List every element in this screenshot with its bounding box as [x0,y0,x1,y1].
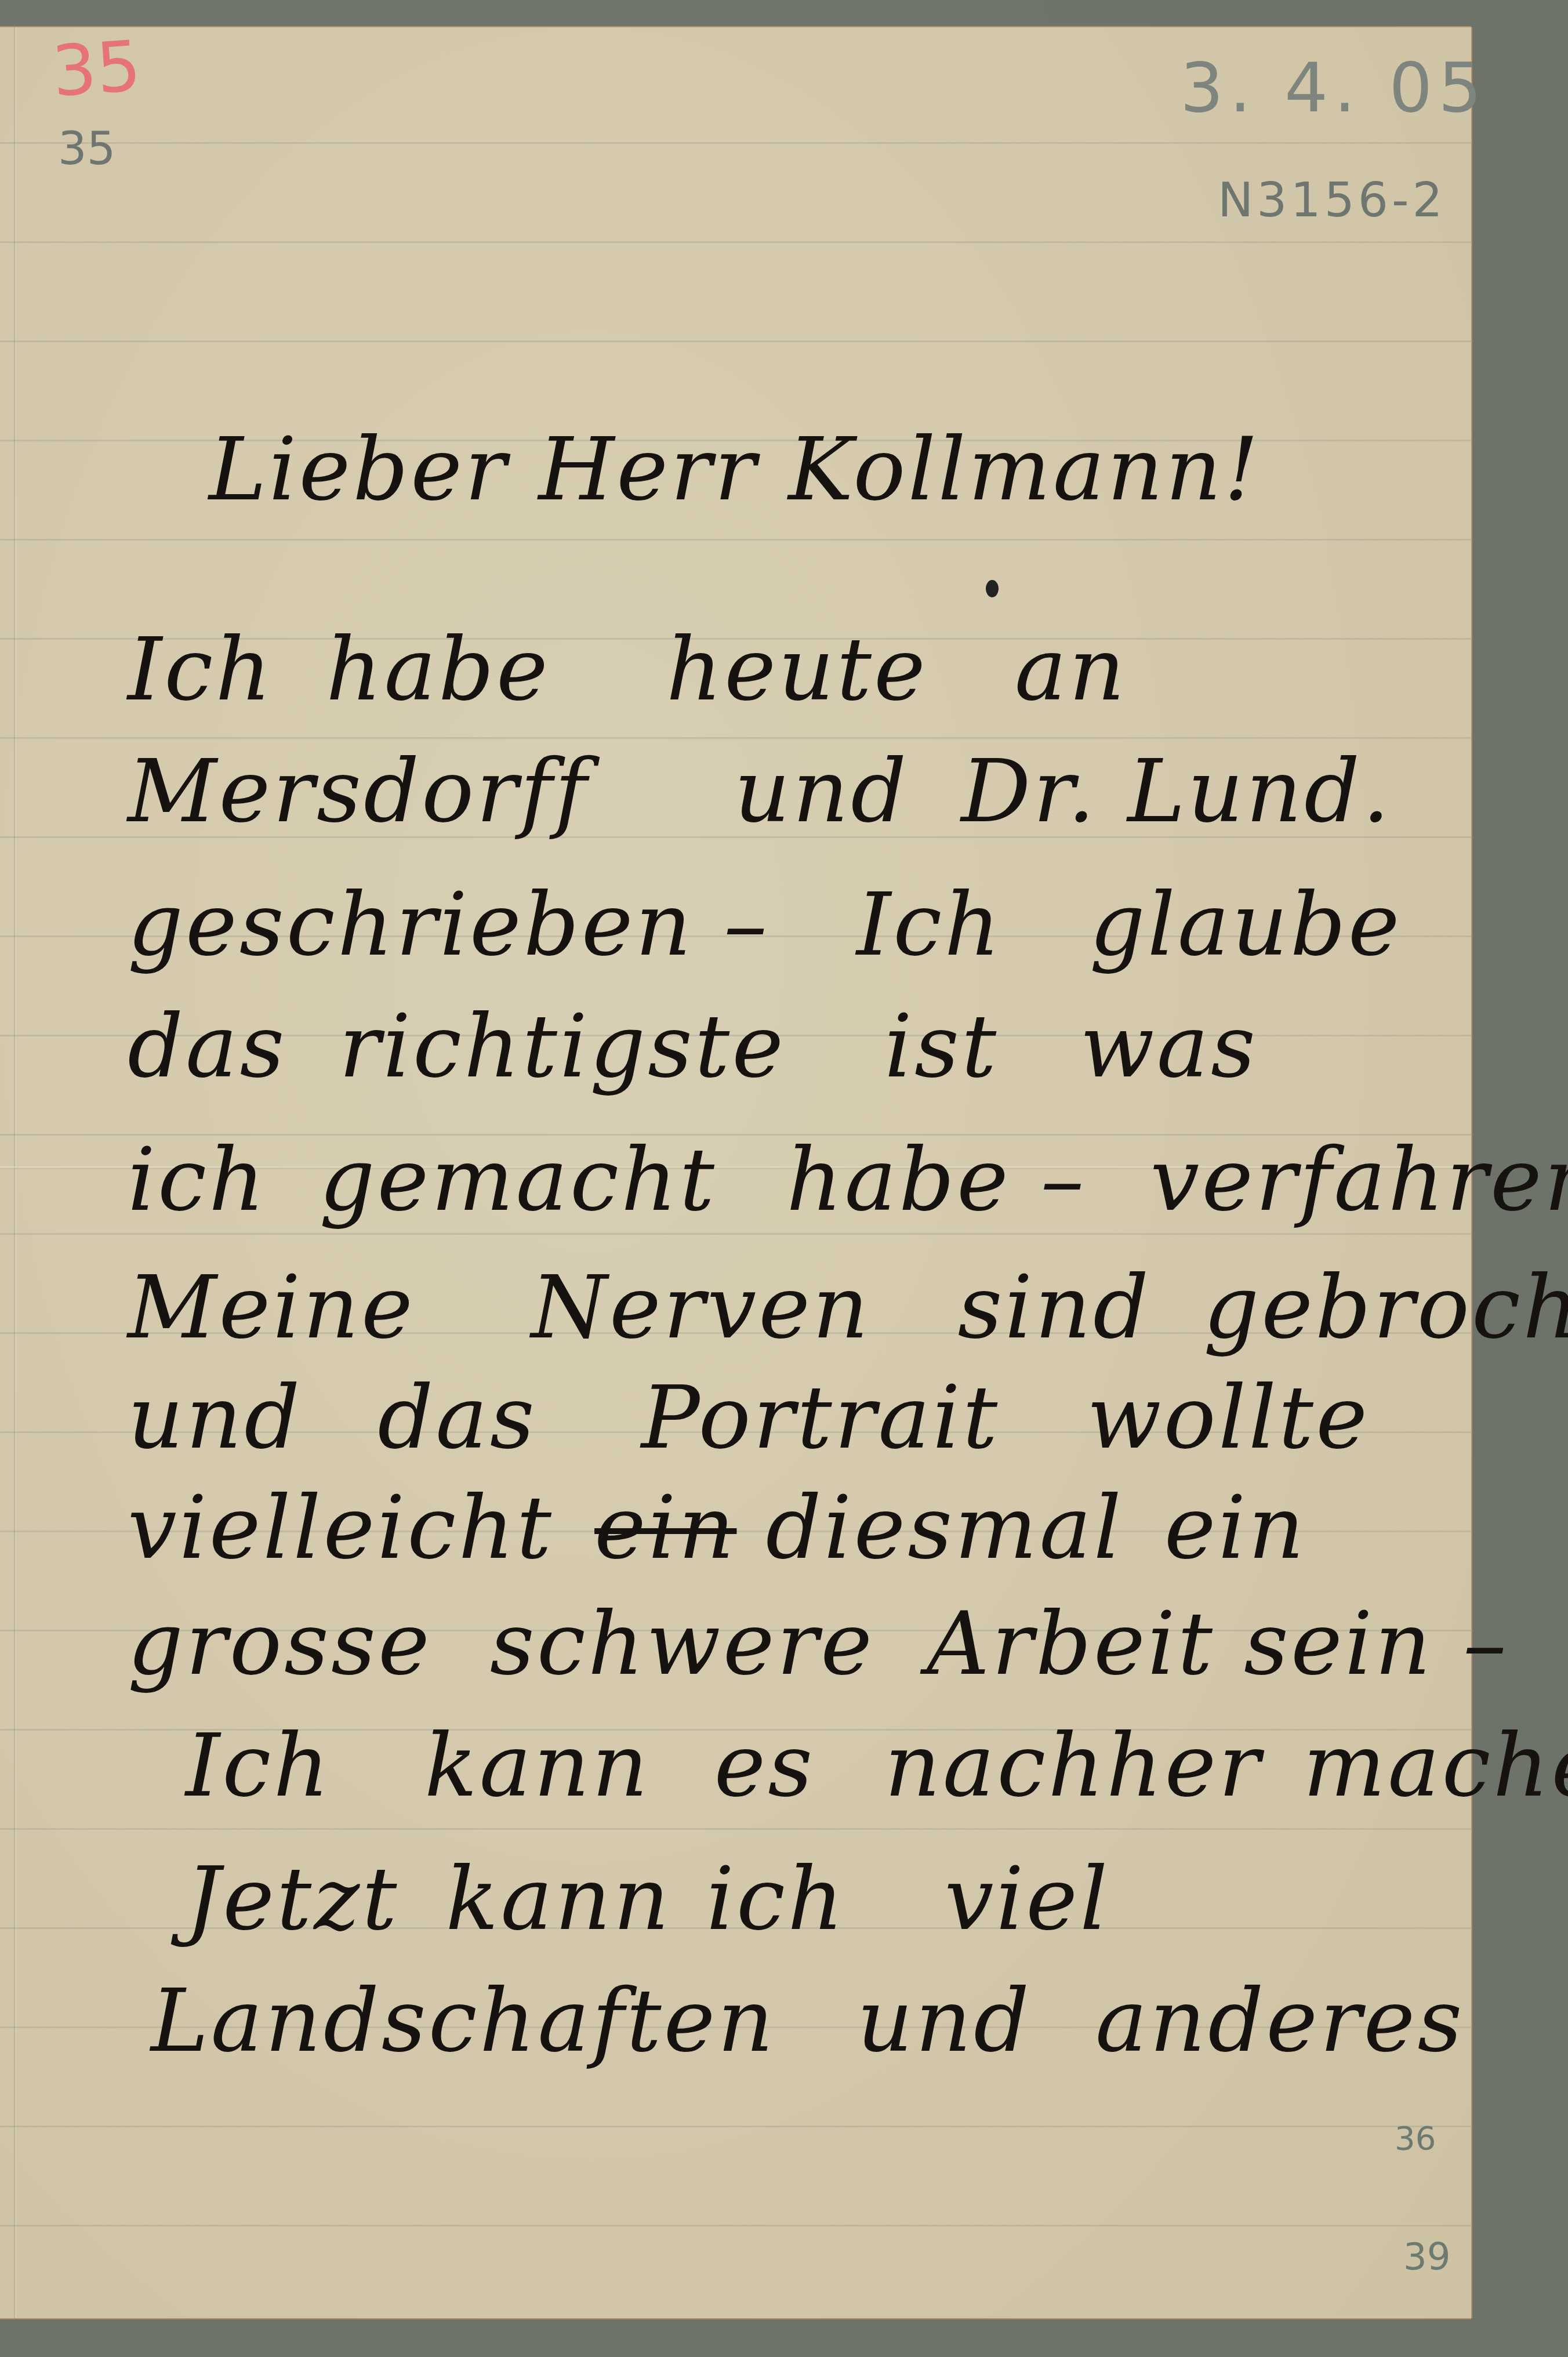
ruled-line [0,2126,1471,2127]
letter-line: Ichkannesnachhermachen [186,1723,1568,1810]
letter-word: Ich [856,882,1003,969]
letter-line: unddasPortraitwollte [128,1375,1422,1462]
ruled-line [0,1233,1471,1235]
letter-word: heute [666,626,928,713]
letter-word: Nerven [531,1264,871,1351]
letter-word: geschrieben – [128,882,770,969]
letter-word: Dr. Lund. [961,748,1392,835]
letter-word: und [734,748,909,835]
letter-word: an [1015,626,1127,713]
letter-word: richtigste [339,1003,786,1090]
ruled-line [0,241,1471,243]
vertical-fold-line [14,27,16,2318]
letter-word: vielleicht [128,1485,554,1572]
letter-word: das [128,1003,286,1090]
letter-word: kann [446,1856,672,1943]
letter-line: Ichhabeheutean [128,626,1179,713]
letter-word: sind [958,1264,1152,1351]
letter-word: nachher [884,1723,1262,1810]
ruled-line [0,737,1471,739]
letter-word: gemacht [320,1137,717,1224]
letter-word: glaube [1090,882,1402,969]
letter-word: sein – [1244,1601,1509,1688]
letter-word: es [714,1723,815,1810]
letter-greeting: Lieber Herr Kollmann! [209,426,1261,513]
letter-word: diesmal [765,1485,1123,1572]
catalog-number: N3156-2 [1218,177,1446,224]
letter-line: ichgemachthabe –verfahren – [128,1137,1568,1224]
letter-word: Meine [128,1264,415,1351]
folio-number-lower: 36 [1395,2123,1436,2155]
letter-word: ein [1164,1485,1306,1572]
letter-word: Jetzt [186,1856,400,1943]
letter-line: dasrichtigsteistwas [128,1003,1310,1090]
letter-word: machen [1303,1723,1568,1810]
letter-word: ich [128,1137,267,1224]
letter-word: Arbeit [927,1601,1215,1688]
letter-word: was [1080,1003,1258,1090]
letter-word: habe – [786,1137,1087,1224]
letter-word: anderes [1095,1978,1464,2065]
date-annotation: 3. 4. 05 [1180,53,1487,122]
ruled-line [0,1828,1471,1830]
letter-word: habe [326,626,550,713]
letter-word: Ich [128,626,274,713]
letter-word: kann [424,1723,651,1810]
letter-line: MeineNervensindgebrochen [128,1264,1568,1351]
letter-word: wollte [1087,1375,1370,1462]
letter-word: das [378,1375,536,1462]
letter-line: Landschaftenundanderes [151,1978,1516,2065]
letter-word: Ich [186,1723,332,1810]
letter-word: gebrochen [1203,1264,1568,1351]
ruled-line [0,539,1471,541]
letter-word: Mersdorff [128,748,589,835]
letter-word: und [857,1978,1032,2065]
struck-word: ein [594,1485,736,1572]
letter-line: geschrieben –Ichglaube [128,882,1454,969]
letter-word: ist [884,1003,999,1090]
red-folio-number: 35 [50,32,143,107]
letter-word: Landschaften [151,1978,776,2065]
ruled-line [0,142,1471,144]
folio-number-bottom: 39 [1403,2239,1450,2276]
ink-blot [986,580,999,597]
pencil-folio-number: 35 [58,126,115,172]
ruled-line [0,340,1471,342]
letter-line: Jetztkannichviel [186,1856,1162,1943]
letter-line: grosseschwereArbeitsein – [128,1601,1561,1688]
ruled-line [0,2225,1471,2227]
letter-word: grosse [128,1601,432,1688]
letter-word: viel [945,1856,1110,1943]
letter-word: ich [706,1856,846,1943]
letter-line: vielleichteindiesmalein [128,1485,1359,1572]
letter-word: verfahren – [1150,1137,1568,1224]
letter-word: schwere [490,1601,874,1688]
letter-line: MersdorffundDr. Lund. [128,748,1444,835]
letter-word: und [128,1375,302,1462]
letter-word: Portrait [641,1375,1000,1462]
